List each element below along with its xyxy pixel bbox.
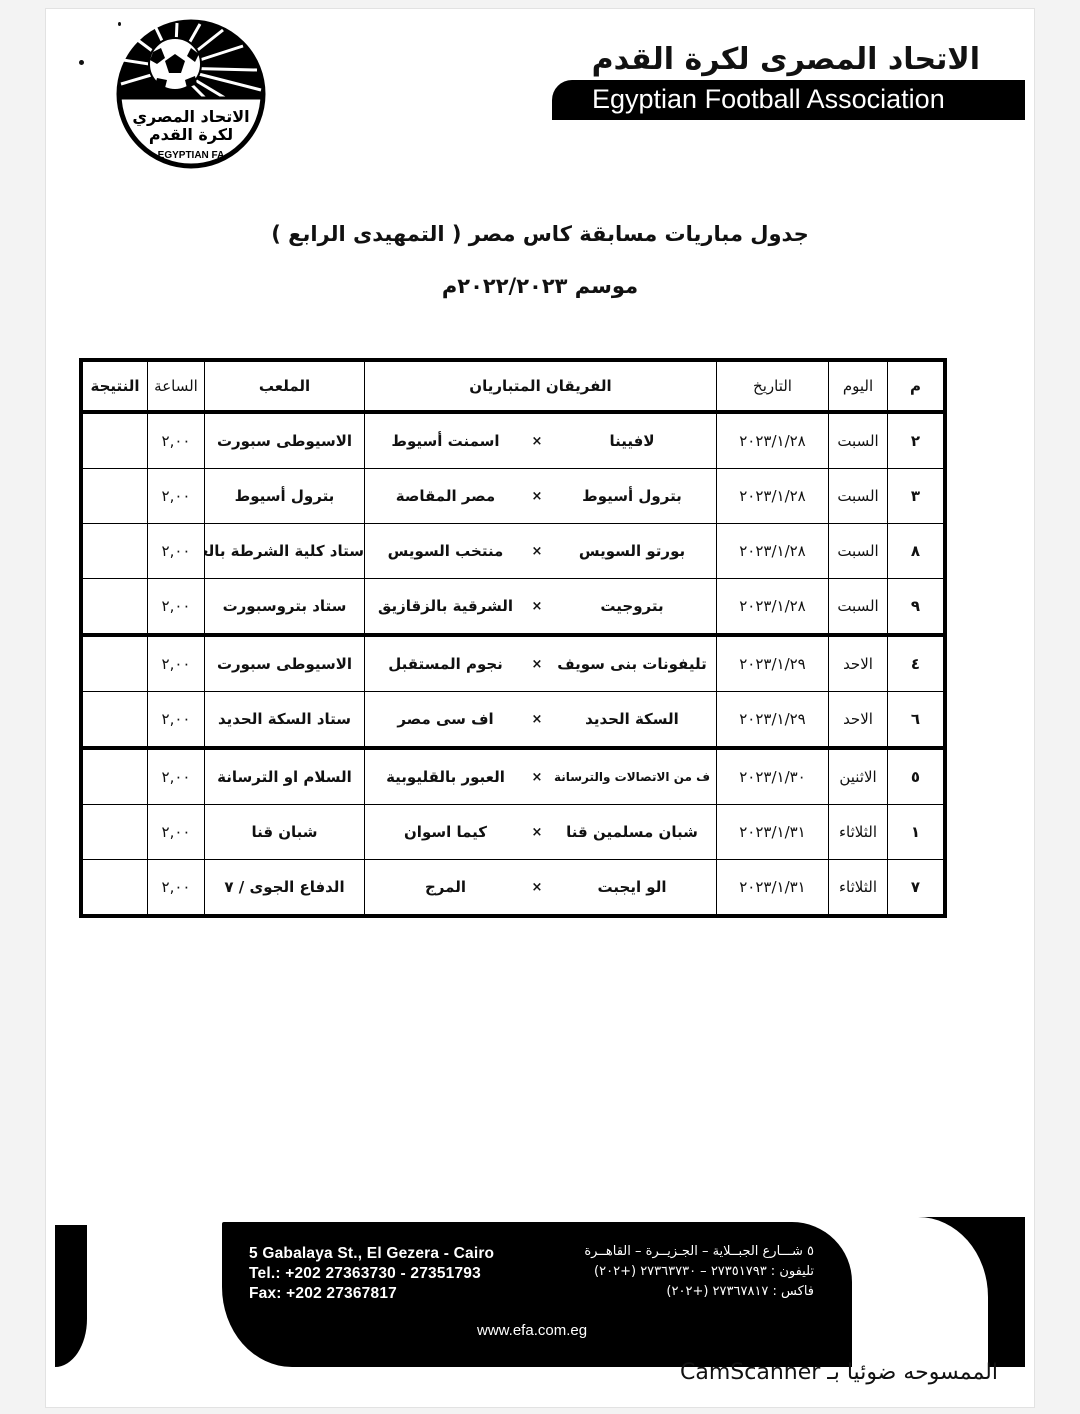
- efa-logo-icon: الاتحاد المصري لكرة القدم EGYPTIAN FA: [115, 18, 267, 170]
- footer-address-english: 5 Gabalaya St., El Gezera - Cairo Tel.: …: [249, 1244, 494, 1304]
- fax-line-ar: فاكس : ٢٧٣٦٧٨١٧ (+٢٠٢): [584, 1282, 814, 1302]
- table-row: ٢ السبت ٢٠٢٣/١/٢٨ لافيينا×اسمنت أسيوط ال…: [81, 412, 945, 469]
- match-result: [81, 412, 148, 469]
- document-title: جدول مباريات مسابقة كاس مصر ( التمهيدى ا…: [200, 222, 880, 246]
- footer-contact-block: 5 Gabalaya St., El Gezera - Cairo Tel.: …: [222, 1222, 852, 1367]
- home-team: بتروجيت: [548, 597, 716, 615]
- fax-line: Fax: +202 27367817: [249, 1284, 494, 1304]
- table-header-row: م اليوم التاريخ الفريقان المتباريان المل…: [81, 360, 945, 412]
- footer-address-arabic: ٥ شـــارع الجبــلاية – الجـزيــرة – القا…: [584, 1242, 814, 1302]
- home-team: بورتو السويس: [548, 542, 716, 560]
- match-venue: الدفاع الجوى / ٧: [205, 860, 365, 917]
- website-link[interactable]: www.efa.com.eg: [477, 1322, 587, 1339]
- match-time: ٢,٠٠: [148, 748, 205, 805]
- home-team: الو ايجبت: [548, 878, 716, 896]
- away-team: كيما اسوان: [365, 823, 526, 841]
- versus-icon: ×: [526, 434, 548, 449]
- match-result: [81, 748, 148, 805]
- table-row: ٥ الاثنين ٢٠٢٣/١/٣٠ ف من الاتصالات والتر…: [81, 748, 945, 805]
- address-line: 5 Gabalaya St., El Gezera - Cairo: [249, 1244, 494, 1264]
- match-time: ٢,٠٠: [148, 860, 205, 917]
- match-venue: ستاد بتروسبورت: [205, 579, 365, 636]
- col-header-day: اليوم: [829, 360, 888, 412]
- match-day: الاحد: [829, 692, 888, 749]
- match-venue: شبان قنا: [205, 805, 365, 860]
- match-number: ٥: [888, 748, 946, 805]
- match-number: ١: [888, 805, 946, 860]
- match-teams: بتروجيت×الشرقية بالزقازيق: [365, 579, 717, 636]
- table-row: ٨ السبت ٢٠٢٣/١/٢٨ بورتو السويس×منتخب الس…: [81, 524, 945, 579]
- match-date: ٢٠٢٣/١/٢٨: [717, 469, 829, 524]
- svg-text:لكرة القدم: لكرة القدم: [149, 125, 233, 144]
- match-date: ٢٠٢٣/١/٣٠: [717, 748, 829, 805]
- match-result: [81, 469, 148, 524]
- svg-text:EGYPTIAN FA: EGYPTIAN FA: [158, 150, 225, 161]
- org-name-arabic: الاتحاد المصرى لكرة القدم: [560, 40, 980, 80]
- col-header-result: النتيجة: [81, 360, 148, 412]
- footer-decor-right: [918, 1217, 1025, 1367]
- match-day: السبت: [829, 524, 888, 579]
- col-header-teams: الفريقان المتباريان: [365, 360, 717, 412]
- match-day: الثلاثاء: [829, 805, 888, 860]
- match-time: ٢,٠٠: [148, 524, 205, 579]
- match-venue: ستاد السكة الحديد: [205, 692, 365, 749]
- table-row: ٩ السبت ٢٠٢٣/١/٢٨ بتروجيت×الشرقية بالزقا…: [81, 579, 945, 636]
- home-team: لافيينا: [548, 432, 716, 450]
- table-row: ١ الثلاثاء ٢٠٢٣/١/٣١ شبان مسلمين قنا×كيم…: [81, 805, 945, 860]
- season-subtitle: موسم ٢٠٢٢/٢٠٢٣م: [200, 274, 880, 298]
- match-day: السبت: [829, 412, 888, 469]
- match-result: [81, 579, 148, 636]
- match-venue: ستاد كلية الشرطة بالعباسية: [205, 524, 365, 579]
- match-time: ٢,٠٠: [148, 805, 205, 860]
- match-time: ٢,٠٠: [148, 692, 205, 749]
- home-team: تليفونات بنى سويف: [548, 655, 716, 673]
- match-teams: الو ايجبت×المرج: [365, 860, 717, 917]
- match-venue: السلام او الترسانة: [205, 748, 365, 805]
- col-header-time: الساعة: [148, 360, 205, 412]
- home-team: شبان مسلمين قنا: [548, 823, 716, 841]
- match-result: [81, 805, 148, 860]
- match-result: [81, 635, 148, 692]
- match-date: ٢٠٢٣/١/٢٩: [717, 692, 829, 749]
- table-row: ٦ الاحد ٢٠٢٣/١/٢٩ السكة الحديد×اف سى مصر…: [81, 692, 945, 749]
- away-team: المرج: [365, 878, 526, 896]
- col-header-date: التاريخ: [717, 360, 829, 412]
- table-row: ٤ الاحد ٢٠٢٣/١/٢٩ تليفونات بنى سويف×نجوم…: [81, 635, 945, 692]
- away-team: مصر المقاصة: [365, 487, 526, 505]
- match-date: ٢٠٢٣/١/٢٩: [717, 635, 829, 692]
- match-number: ٣: [888, 469, 946, 524]
- match-number: ٤: [888, 635, 946, 692]
- match-number: ٨: [888, 524, 946, 579]
- match-time: ٢,٠٠: [148, 412, 205, 469]
- match-date: ٢٠٢٣/١/٢٨: [717, 524, 829, 579]
- match-time: ٢,٠٠: [148, 579, 205, 636]
- match-result: [81, 860, 148, 917]
- match-number: ٩: [888, 579, 946, 636]
- versus-icon: ×: [526, 489, 548, 504]
- match-number: ٢: [888, 412, 946, 469]
- versus-icon: ×: [526, 544, 548, 559]
- match-teams: بترول أسيوط×مصر المقاصة: [365, 469, 717, 524]
- phone-line: Tel.: +202 27363730 - 27351793: [249, 1264, 494, 1284]
- match-teams: لافيينا×اسمنت أسيوط: [365, 412, 717, 469]
- match-date: ٢٠٢٣/١/٢٨: [717, 579, 829, 636]
- match-venue: بترول أسيوط: [205, 469, 365, 524]
- match-venue: الاسيوطى سبورت: [205, 635, 365, 692]
- scan-dot: [79, 60, 84, 65]
- match-day: الاثنين: [829, 748, 888, 805]
- match-date: ٢٠٢٣/١/٣١: [717, 860, 829, 917]
- match-teams: تليفونات بنى سويف×نجوم المستقبل: [365, 635, 717, 692]
- match-time: ٢,٠٠: [148, 635, 205, 692]
- match-date: ٢٠٢٣/١/٣١: [717, 805, 829, 860]
- match-day: الثلاثاء: [829, 860, 888, 917]
- match-teams: شبان مسلمين قنا×كيما اسوان: [365, 805, 717, 860]
- match-number: ٧: [888, 860, 946, 917]
- home-team: السكة الحديد: [548, 710, 716, 728]
- match-teams: بورتو السويس×منتخب السويس: [365, 524, 717, 579]
- versus-icon: ×: [526, 825, 548, 840]
- away-team: نجوم المستقبل: [365, 655, 526, 673]
- col-header-venue: الملعب: [205, 360, 365, 412]
- match-venue: الاسيوطى سبورت: [205, 412, 365, 469]
- match-date: ٢٠٢٣/١/٢٨: [717, 412, 829, 469]
- away-team: اسمنت أسيوط: [365, 432, 526, 450]
- org-name-english-banner: Egyptian Football Association: [552, 80, 1025, 120]
- home-team: ف من الاتصالات والترسانة: [548, 770, 716, 784]
- match-teams: ف من الاتصالات والترسانة×العبور بالقليوب…: [365, 748, 717, 805]
- versus-icon: ×: [526, 712, 548, 727]
- address-line-ar: ٥ شـــارع الجبــلاية – الجـزيــرة – القا…: [584, 1242, 814, 1262]
- match-result: [81, 692, 148, 749]
- away-team: الشرقية بالزقازيق: [365, 597, 526, 615]
- phone-line-ar: تليفون : ٢٧٣٥١٧٩٣ – ٢٧٣٦٣٧٣٠ (+٢٠٢): [584, 1262, 814, 1282]
- away-team: اف سى مصر: [365, 710, 526, 728]
- match-teams: السكة الحديد×اف سى مصر: [365, 692, 717, 749]
- match-day: الاحد: [829, 635, 888, 692]
- versus-icon: ×: [526, 770, 548, 785]
- svg-text:الاتحاد المصري: الاتحاد المصري: [132, 107, 249, 127]
- scanner-watermark: الممسوحه ضوئيا بـ CamScanner: [680, 1360, 998, 1385]
- versus-icon: ×: [526, 657, 548, 672]
- versus-icon: ×: [526, 880, 548, 895]
- match-result: [81, 524, 148, 579]
- match-day: السبت: [829, 579, 888, 636]
- table-row: ٧ الثلاثاء ٢٠٢٣/١/٣١ الو ايجبت×المرج الد…: [81, 860, 945, 917]
- match-number: ٦: [888, 692, 946, 749]
- match-time: ٢,٠٠: [148, 469, 205, 524]
- match-schedule-table: م اليوم التاريخ الفريقان المتباريان المل…: [79, 358, 947, 918]
- table-row: ٣ السبت ٢٠٢٣/١/٢٨ بترول أسيوط×مصر المقاص…: [81, 469, 945, 524]
- away-team: العبور بالقليوبية: [365, 768, 526, 786]
- home-team: بترول أسيوط: [548, 487, 716, 505]
- match-day: السبت: [829, 469, 888, 524]
- versus-icon: ×: [526, 599, 548, 614]
- col-header-number: م: [888, 360, 946, 412]
- away-team: منتخب السويس: [365, 542, 526, 560]
